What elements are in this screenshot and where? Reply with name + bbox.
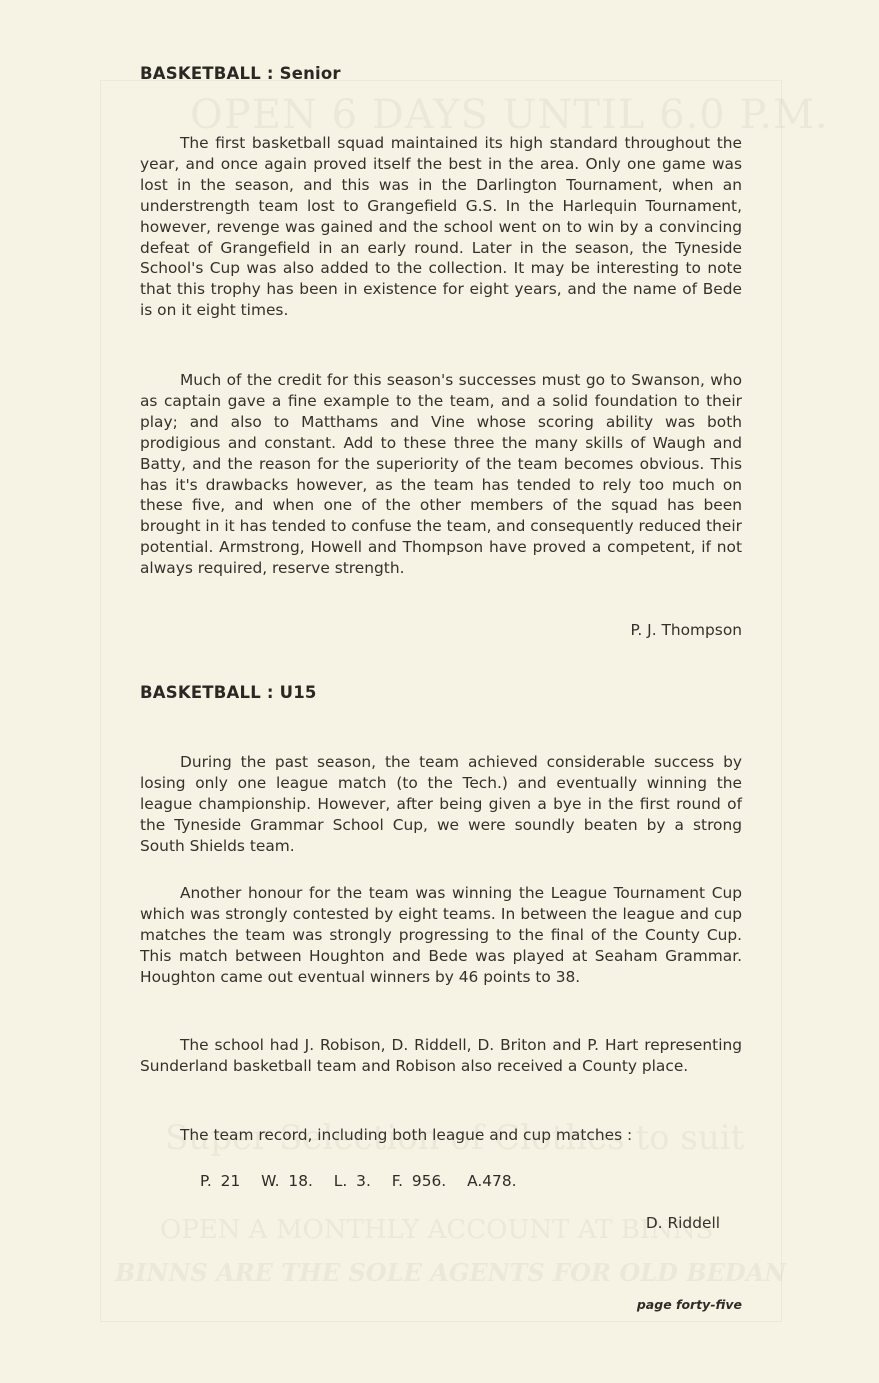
- section-heading-u15: BASKETBALL : U15: [140, 683, 317, 702]
- page-number: page forty-five: [637, 1297, 742, 1312]
- record-for: F. 956.: [392, 1172, 446, 1190]
- paragraph: Much of the credit for this season's suc…: [140, 370, 742, 579]
- section-heading-senior: BASKETBALL : Senior: [140, 64, 341, 83]
- paragraph: The first basketball squad maintained it…: [140, 133, 742, 321]
- record-won: W. 18.: [261, 1172, 313, 1190]
- record-against: A.478.: [467, 1172, 516, 1190]
- show-through-text: BINNS ARE THE SOLE AGENTS FOR OLD BEDAN: [115, 1258, 786, 1287]
- show-through-text: OPEN A MONTHLY ACCOUNT AT BINNS: [160, 1215, 713, 1245]
- paragraph: During the past season, the team achieve…: [140, 752, 742, 857]
- heading-sub: Senior: [280, 64, 341, 83]
- author-signature: P. J. Thompson: [630, 621, 742, 639]
- heading-main: BASKETBALL :: [140, 683, 274, 702]
- paragraph: The team record, including both league a…: [140, 1125, 742, 1146]
- author-signature: D. Riddell: [646, 1214, 720, 1232]
- team-record: P. 21 W. 18. L. 3. F. 956. A.478.: [200, 1172, 529, 1190]
- heading-main: BASKETBALL :: [140, 64, 274, 83]
- record-played: P. 21: [200, 1172, 240, 1190]
- record-lost: L. 3.: [334, 1172, 371, 1190]
- paragraph: The school had J. Robison, D. Riddell, D…: [140, 1035, 742, 1077]
- show-through-text: OPEN 6 DAYS UNTIL 6.0 P.M.: [190, 92, 829, 138]
- heading-sub: U15: [280, 683, 317, 702]
- paragraph: Another honour for the team was winning …: [140, 883, 742, 988]
